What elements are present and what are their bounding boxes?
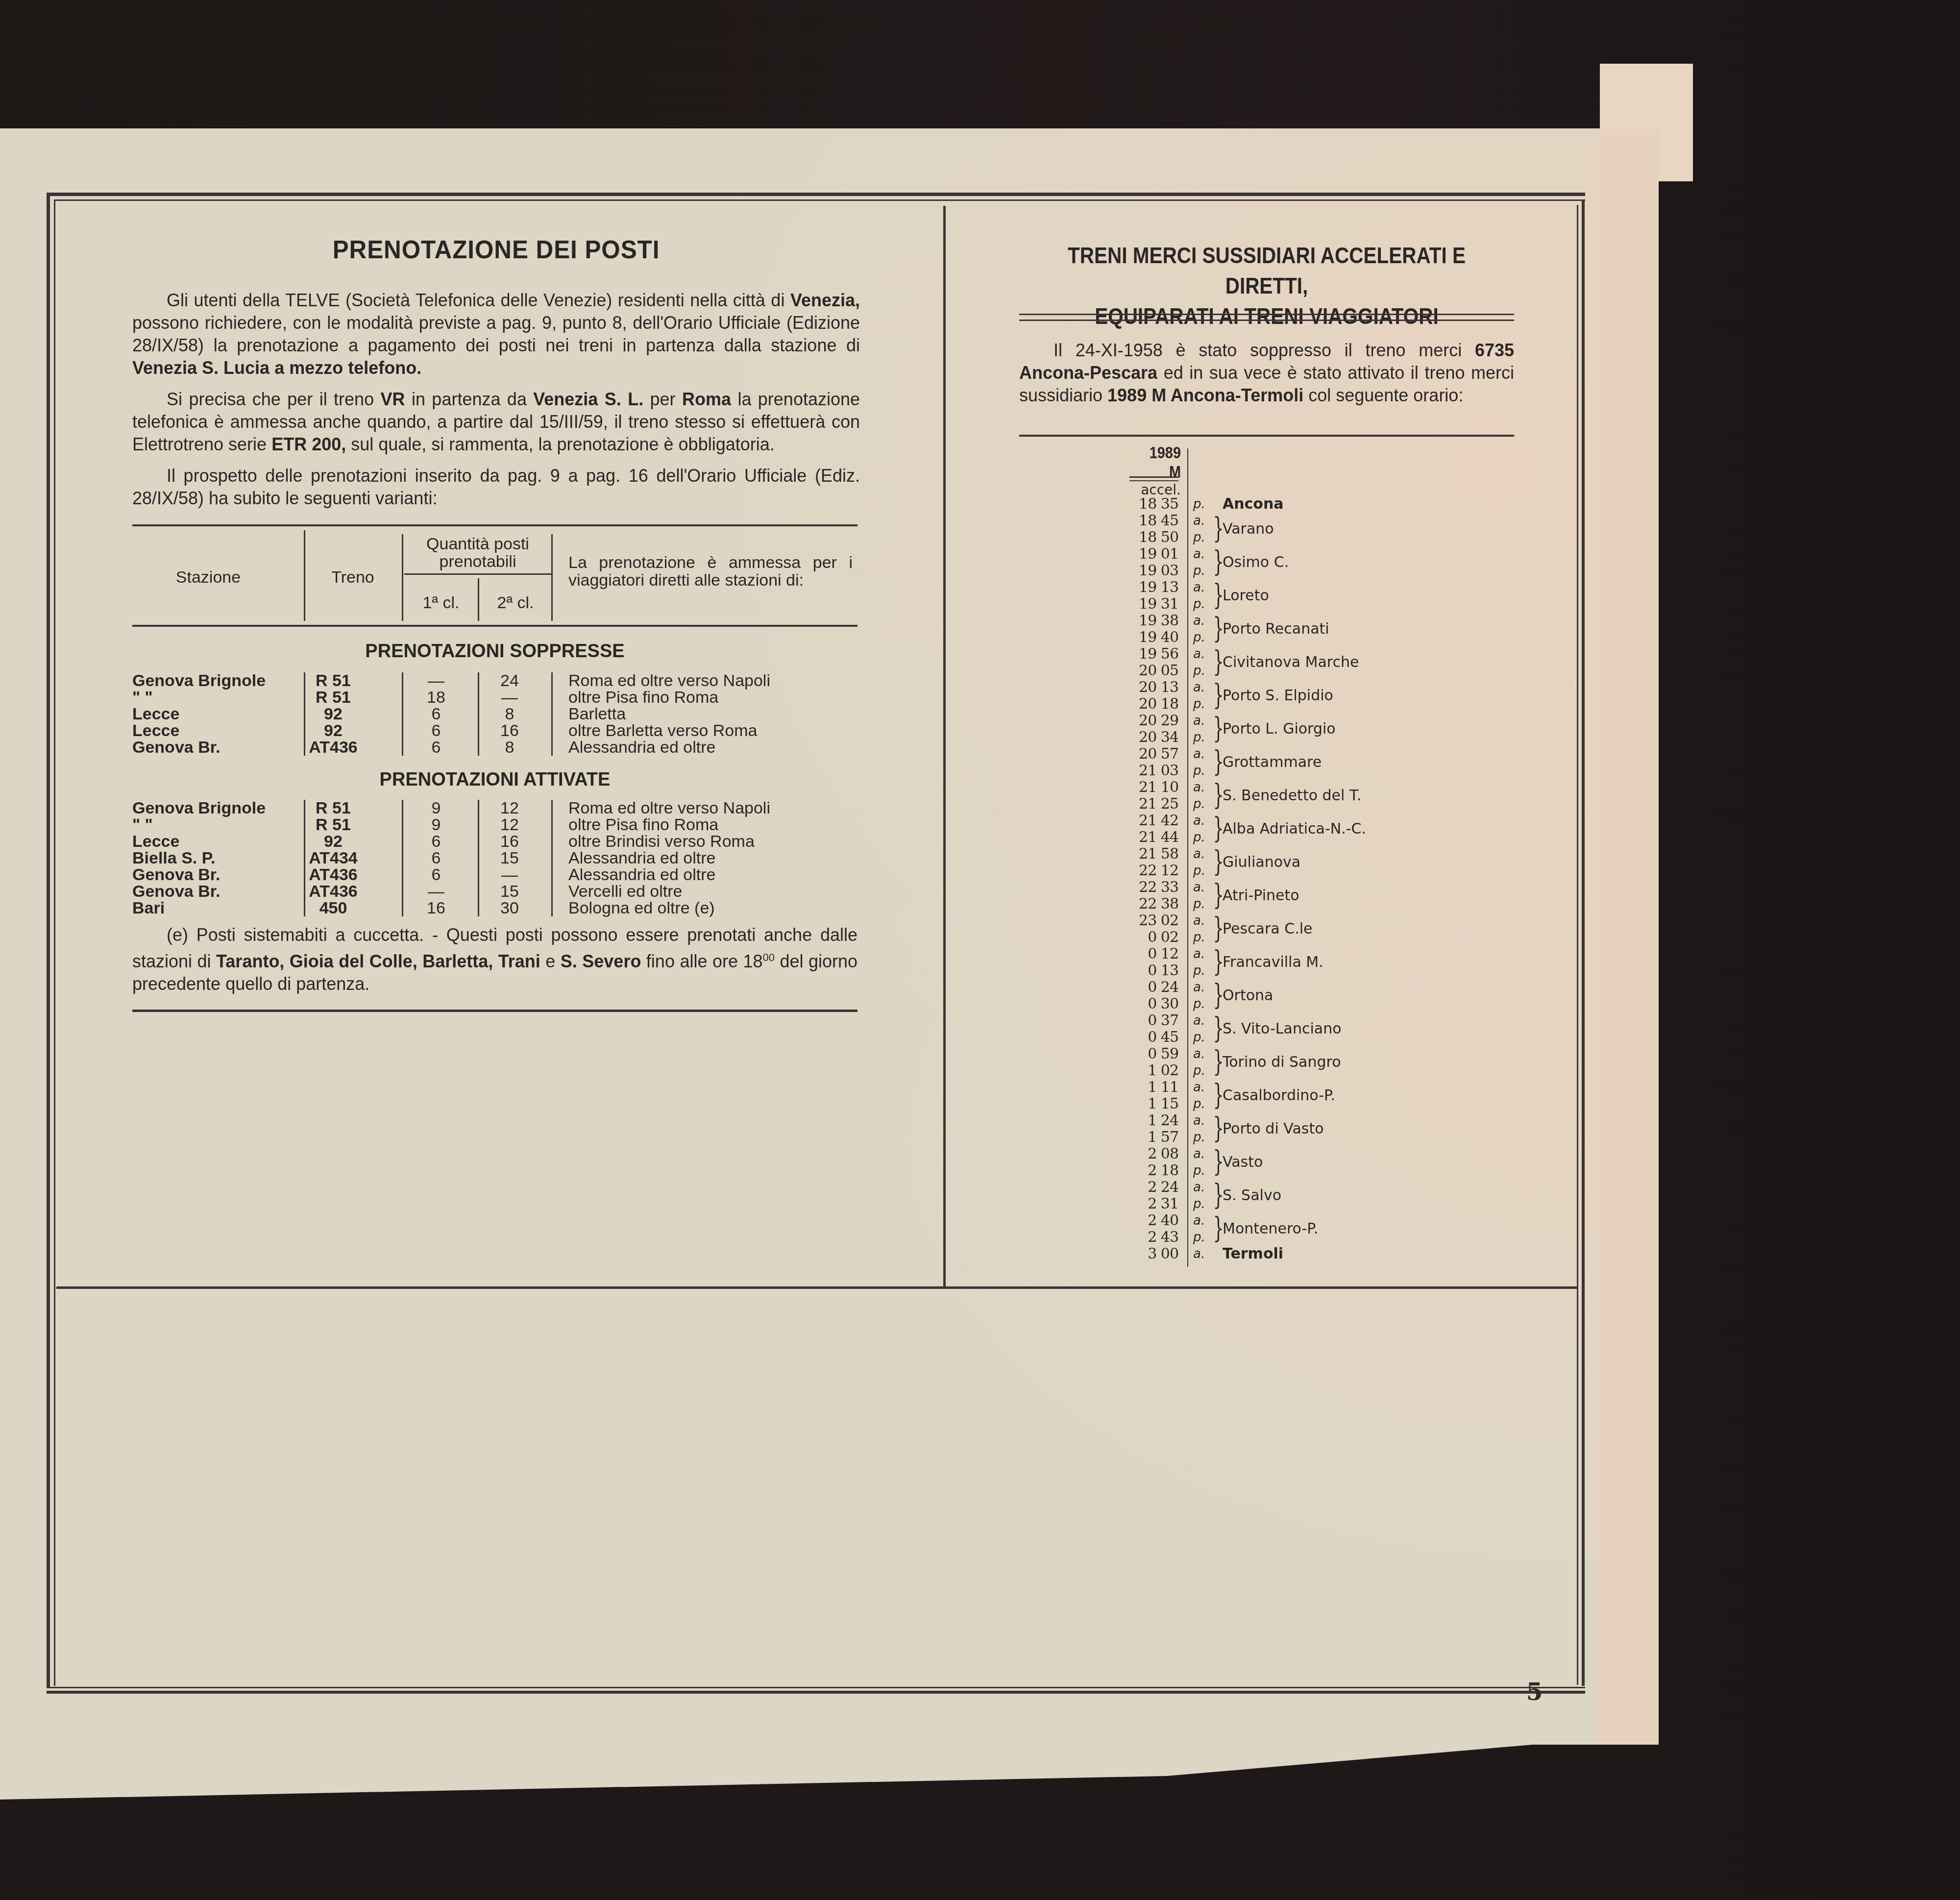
table-soppresse: Genova BrignoleR 51—24Roma ed oltre vers…: [132, 672, 857, 756]
time: 1 02: [1127, 1062, 1178, 1079]
brace-icon: }: [1213, 514, 1224, 543]
arrival-departure-mark: p.: [1193, 1096, 1205, 1112]
cell-1cl: 9: [414, 816, 458, 833]
table-vline: [402, 672, 403, 756]
table-vline: [551, 534, 553, 621]
time: 20 18: [1127, 696, 1178, 713]
table-vline: [402, 800, 403, 916]
timetable-row: 18 45a.: [1127, 513, 1470, 529]
time: 22 33: [1127, 879, 1178, 896]
time: 2 31: [1127, 1196, 1178, 1212]
timetable-row: 18 50p.: [1127, 529, 1470, 546]
text: fino alle ore 18: [641, 951, 762, 971]
station-name: Porto S. Elpidio: [1223, 688, 1333, 704]
station-name: Termoli: [1223, 1246, 1283, 1262]
station-name: Casalbordino-P.: [1223, 1087, 1335, 1104]
time: 2 08: [1127, 1146, 1178, 1162]
column-header-treno: Treno: [314, 568, 392, 586]
brace-icon: }: [1213, 547, 1224, 576]
time: 21 42: [1127, 813, 1178, 829]
cell-treno: 92: [309, 833, 358, 850]
table-row: Bari4501630Bologna ed oltre (e): [132, 900, 857, 916]
brace-icon: }: [1213, 1047, 1224, 1076]
cell-treno: AT434: [309, 850, 358, 866]
cell-stazione: Biella S. P.: [132, 850, 215, 866]
footnote: (e) Posti sistemabiti a cuccetta. - Ques…: [132, 924, 857, 995]
brace-icon: }: [1213, 680, 1224, 710]
page-number: 5: [1526, 1678, 1543, 1706]
cell-1cl: —: [414, 883, 458, 900]
station-name: Vasto: [1223, 1154, 1263, 1171]
cell-2cl: 30: [488, 900, 532, 916]
arrival-departure-mark: p.: [1193, 1029, 1205, 1046]
time: 21 25: [1127, 796, 1178, 813]
cell-1cl: —: [414, 672, 458, 689]
frame-right-rule: [1582, 201, 1585, 1686]
station-name: Ortona: [1223, 987, 1273, 1004]
right-title-line1: TRENI MERCI SUSSIDIARI ACCELERATI E DIRE…: [1045, 240, 1489, 301]
cell-2cl: 15: [488, 883, 532, 900]
arrival-departure-mark: a.: [1193, 846, 1205, 863]
bold-text: S. Severo: [561, 951, 641, 971]
text: per: [643, 389, 682, 409]
arrival-departure-mark: a.: [1193, 813, 1205, 829]
cell-destinazione: Roma ed oltre verso Napoli: [568, 672, 770, 689]
station-name: Montenero-P.: [1223, 1221, 1318, 1237]
time: 1 11: [1127, 1079, 1178, 1096]
text: possono richiedere, con le modalità prev…: [132, 313, 860, 355]
brace-icon: }: [1213, 847, 1224, 876]
cell-1cl: 9: [414, 800, 458, 816]
timetable-row: 19 31p.: [1127, 596, 1470, 613]
brace-icon: }: [1213, 1180, 1224, 1209]
brace-icon: }: [1213, 714, 1224, 743]
arrival-departure-mark: a.: [1193, 1046, 1205, 1062]
cell-treno: 450: [309, 900, 358, 916]
column-header-stazione: Stazione: [152, 568, 265, 586]
arrival-departure-mark: a.: [1193, 779, 1205, 796]
text: Il 24-XI-1958 è stato soppresso il treno…: [1053, 340, 1475, 360]
timetable-row: 18 35p.: [1127, 496, 1470, 513]
table-vline: [551, 672, 553, 756]
time: 2 43: [1127, 1229, 1178, 1246]
cell-2cl: 8: [488, 739, 532, 756]
station-name: S. Vito-Lanciano: [1223, 1021, 1342, 1037]
arrival-departure-mark: p.: [1193, 962, 1205, 979]
timetable-row: 2 24a.: [1127, 1179, 1470, 1196]
bold-text: ETR 200,: [271, 434, 346, 454]
cell-treno: AT436: [309, 866, 358, 883]
schedule-header-rule: [1129, 476, 1178, 478]
frame-top-rule-thin: [54, 199, 1585, 201]
cell-1cl: 6: [414, 850, 458, 866]
frame-bottom-rule: [47, 1691, 1585, 1694]
section-title-attivate: PRENOTAZIONI ATTIVATE: [132, 769, 857, 790]
time: 20 13: [1127, 679, 1178, 696]
cell-2cl: 16: [488, 833, 532, 850]
arrival-departure-mark: p.: [1193, 763, 1205, 779]
cell-destinazione: Alessandria ed oltre: [568, 850, 716, 866]
time: 21 44: [1127, 829, 1178, 846]
cell-treno: 92: [309, 706, 358, 722]
column-header-1cl: 1ª cl.: [407, 594, 475, 612]
title-double-rule: [1019, 314, 1514, 315]
cell-2cl: 15: [488, 850, 532, 866]
time: 20 34: [1127, 729, 1178, 746]
brace-icon: }: [1213, 580, 1224, 610]
cell-2cl: 24: [488, 672, 532, 689]
column-header-quantita: Quantità posti prenotabili: [414, 535, 541, 570]
text: Il prospetto delle prenotazioni inserito…: [132, 466, 860, 508]
brace-icon: }: [1213, 947, 1224, 976]
bold-text: Venezia S. Lucia a mezzo telefono.: [132, 358, 421, 378]
time: 1 57: [1127, 1129, 1178, 1146]
text: e: [540, 951, 561, 971]
arrival-departure-mark: a.: [1193, 579, 1205, 596]
time: 0 12: [1127, 946, 1178, 962]
bold-text: 1989 M Ancona-Termoli: [1107, 385, 1303, 405]
station-name: S. Salvo: [1223, 1187, 1281, 1204]
cell-2cl: 8: [488, 706, 532, 722]
arrival-departure-mark: p.: [1193, 1229, 1205, 1246]
cell-stazione: Genova Br.: [132, 883, 220, 900]
text: Si precisa che per il treno: [167, 389, 381, 409]
time: 20 05: [1127, 663, 1178, 679]
time: 19 38: [1127, 613, 1178, 629]
arrival-departure-mark: p.: [1193, 829, 1205, 846]
arrival-departure-mark: a.: [1193, 879, 1205, 896]
station-name: S. Benedetto del T.: [1223, 788, 1361, 804]
table-vline: [402, 534, 403, 621]
arrival-departure-mark: a.: [1193, 913, 1205, 929]
table-row: " "R 5118—oltre Pisa fino Roma: [132, 689, 857, 706]
frame-top-rule: [47, 193, 1585, 196]
station-name: Porto L. Giorgio: [1223, 721, 1336, 738]
arrival-departure-mark: p.: [1193, 496, 1205, 513]
cell-destinazione: Vercelli ed oltre: [568, 883, 682, 900]
table-vline: [478, 672, 479, 756]
time: 21 03: [1127, 763, 1178, 779]
brace-icon: }: [1213, 1147, 1224, 1176]
left-column: PRENOTAZIONE DEI POSTI Gli utenti della …: [132, 235, 860, 518]
arrival-departure-mark: p.: [1193, 996, 1205, 1012]
text: col seguente orario:: [1303, 385, 1463, 405]
schedule-header-rule: [1129, 480, 1178, 481]
cell-1cl: 6: [414, 706, 458, 722]
cell-stazione: Lecce: [132, 706, 179, 722]
time: 0 30: [1127, 996, 1178, 1012]
time: 22 12: [1127, 863, 1178, 879]
column-header-destinazioni: La prenotazione è ammessa per i viaggiat…: [568, 554, 853, 589]
paragraph-prospetto: Il prospetto delle prenotazioni inserito…: [132, 465, 860, 510]
table-row: " "R 51912oltre Pisa fino Roma: [132, 816, 857, 833]
cell-treno: AT436: [309, 883, 358, 900]
section-title-soppresse: PRENOTAZIONI SOPPRESSE: [132, 641, 857, 662]
paper-right-margin: [1597, 128, 1659, 1804]
brace-icon: }: [1213, 614, 1224, 643]
arrival-departure-mark: a.: [1193, 1179, 1205, 1196]
arrival-departure-mark: p.: [1193, 1162, 1205, 1179]
paragraph-rule: [1019, 435, 1514, 437]
cell-destinazione: Alessandria ed oltre: [568, 739, 716, 756]
cell-1cl: 6: [414, 739, 458, 756]
superscript: 00: [762, 951, 774, 963]
station-name: Giulianova: [1223, 854, 1300, 871]
cell-treno: R 51: [309, 816, 358, 833]
table-header: Stazione Treno Quantità posti prenotabil…: [132, 524, 857, 627]
timetable-row: 19 13a.: [1127, 579, 1470, 596]
brace-icon: }: [1213, 780, 1224, 810]
frame-left-rule-thin: [54, 201, 55, 1686]
time: 19 03: [1127, 563, 1178, 579]
arrival-departure-mark: p.: [1193, 796, 1205, 813]
table-attivate: Genova BrignoleR 51912Roma ed oltre vers…: [132, 800, 857, 916]
section-divider: [56, 1286, 1578, 1289]
brace-icon: }: [1213, 880, 1224, 910]
station-name: Alba Adriatica-N.-C.: [1223, 821, 1366, 838]
cell-2cl: 12: [488, 816, 532, 833]
time: 19 31: [1127, 596, 1178, 613]
arrival-departure-mark: a.: [1193, 713, 1205, 729]
arrival-departure-mark: a.: [1193, 613, 1205, 629]
text: in partenza da: [405, 389, 534, 409]
title-double-rule: [1019, 320, 1514, 321]
cell-1cl: 16: [414, 900, 458, 916]
frame-left-rule: [47, 196, 50, 1688]
text: Gli utenti della TELVE (Società Telefoni…: [167, 290, 790, 310]
table-top-rule: [132, 524, 857, 526]
paragraph-merci: Il 24-XI-1958 è stato soppresso il treno…: [1019, 339, 1514, 407]
table-vline: [551, 800, 553, 916]
time: 19 40: [1127, 629, 1178, 646]
time: 2 40: [1127, 1212, 1178, 1229]
timetable-row: 3 00a.: [1127, 1246, 1470, 1262]
page-title: PRENOTAZIONE DEI POSTI: [150, 235, 842, 265]
schedule-header: 1989 M accel.: [1127, 444, 1181, 498]
arrival-departure-mark: a.: [1193, 979, 1205, 996]
cell-destinazione: Roma ed oltre verso Napoli: [568, 800, 770, 816]
cell-1cl: 6: [414, 722, 458, 739]
cell-stazione: " ": [132, 816, 153, 833]
station-name: Civitanova Marche: [1223, 654, 1359, 671]
text: sul quale, si rammenta, la prenotazione …: [346, 434, 775, 454]
timetable-row: 19 03p.: [1127, 563, 1470, 579]
time: 18 35: [1127, 496, 1178, 513]
brace-icon: }: [1213, 814, 1224, 843]
right-title-line2: EQUIPARATI AI TRENI VIAGGIATORI: [1045, 301, 1489, 331]
brace-icon: }: [1213, 980, 1224, 1010]
timetable: 18 35p.Ancona18 45a.18 50p.Varano}19 01a…: [1127, 496, 1470, 1262]
time: 0 13: [1127, 962, 1178, 979]
table-row: Biella S. P.AT434615Alessandria ed oltre: [132, 850, 857, 866]
brace-icon: }: [1213, 1113, 1224, 1143]
cell-stazione: Genova Brignole: [132, 672, 266, 689]
cell-stazione: " ": [132, 689, 153, 706]
time: 23 02: [1127, 913, 1178, 929]
cell-1cl: 6: [414, 866, 458, 883]
arrival-departure-mark: a.: [1193, 746, 1205, 763]
bold-text: Venezia,: [790, 290, 860, 310]
station-name: Porto Recanati: [1223, 621, 1329, 638]
time: 1 24: [1127, 1112, 1178, 1129]
brace-icon: }: [1213, 1013, 1224, 1043]
cell-1cl: 6: [414, 833, 458, 850]
time: 0 02: [1127, 929, 1178, 946]
cell-destinazione: oltre Brindisi verso Roma: [568, 833, 755, 850]
cell-destinazione: Barletta: [568, 706, 626, 722]
time: 19 01: [1127, 546, 1178, 563]
table-row: Lecce9268Barletta: [132, 706, 857, 722]
arrival-departure-mark: a.: [1193, 1146, 1205, 1162]
table-vline: [304, 672, 305, 756]
arrival-departure-mark: p.: [1193, 529, 1205, 546]
arrival-departure-mark: p.: [1193, 929, 1205, 946]
column-header-2cl: 2ª cl.: [481, 594, 550, 612]
paragraph-vr-train: Si precisa che per il treno VR in parten…: [132, 388, 860, 456]
table-vline: [304, 800, 305, 916]
station-name: Grottammare: [1223, 754, 1322, 771]
arrival-departure-mark: p.: [1193, 663, 1205, 679]
cell-treno: R 51: [309, 689, 358, 706]
arrival-departure-mark: a.: [1193, 679, 1205, 696]
brace-icon: }: [1213, 747, 1224, 776]
arrival-departure-mark: a.: [1193, 513, 1205, 529]
station-name: Atri-Pineto: [1223, 888, 1299, 904]
arrival-departure-mark: p.: [1193, 1129, 1205, 1146]
station-name: Ancona: [1223, 496, 1284, 513]
cell-1cl: 18: [414, 689, 458, 706]
station-name: Osimo C.: [1223, 554, 1289, 571]
table-row: Genova Br.AT4366—Alessandria ed oltre: [132, 866, 857, 883]
time: 0 45: [1127, 1029, 1178, 1046]
arrival-departure-mark: a.: [1193, 1112, 1205, 1129]
brace-icon: }: [1213, 1080, 1224, 1110]
timetable-row: 2 18p.: [1127, 1162, 1470, 1179]
cell-stazione: Lecce: [132, 722, 179, 739]
station-name: Loreto: [1223, 588, 1269, 604]
cell-destinazione: oltre Pisa fino Roma: [568, 816, 718, 833]
time: 1 15: [1127, 1096, 1178, 1112]
paragraph-telve: Gli utenti della TELVE (Società Telefoni…: [132, 289, 860, 379]
cell-stazione: Genova Br.: [132, 866, 220, 883]
table-row: Genova BrignoleR 51912Roma ed oltre vers…: [132, 800, 857, 816]
cell-treno: R 51: [309, 800, 358, 816]
right-title: TRENI MERCI SUSSIDIARI ACCELERATI E DIRE…: [1045, 240, 1489, 331]
cell-destinazione: Bologna ed oltre (e): [568, 900, 715, 916]
arrival-departure-mark: p.: [1193, 1196, 1205, 1212]
arrival-departure-mark: p.: [1193, 863, 1205, 879]
arrival-departure-mark: p.: [1193, 629, 1205, 646]
station-name: Torino di Sangro: [1223, 1054, 1341, 1071]
brace-icon: }: [1213, 913, 1224, 943]
station-name: Pescara C.le: [1223, 921, 1313, 938]
cell-destinazione: oltre Barletta verso Roma: [568, 722, 758, 739]
cell-stazione: Genova Br.: [132, 739, 220, 756]
cell-treno: AT436: [309, 739, 358, 756]
table-row: Lecce92616oltre Brindisi verso Roma: [132, 833, 857, 850]
time: 3 00: [1127, 1246, 1178, 1262]
bold-text: Venezia S. L.: [533, 389, 643, 409]
time: 2 18: [1127, 1162, 1178, 1179]
bold-text: VR: [381, 389, 405, 409]
table-vline: [304, 530, 305, 621]
frame-right-rule-thin: [1577, 205, 1578, 1685]
timetable-row: 2 08a.: [1127, 1146, 1470, 1162]
station-name: Varano: [1223, 521, 1274, 538]
column-divider: [943, 206, 946, 1289]
time: 21 10: [1127, 779, 1178, 796]
time: 19 56: [1127, 646, 1178, 663]
time: 19 13: [1127, 579, 1178, 596]
time: 0 24: [1127, 979, 1178, 996]
arrival-departure-mark: a.: [1193, 1012, 1205, 1029]
table-row: Lecce92616oltre Barletta verso Roma: [132, 722, 857, 739]
time: 2 24: [1127, 1179, 1178, 1196]
table-sub-rule: [404, 573, 551, 575]
table-vline: [478, 800, 479, 916]
arrival-departure-mark: a.: [1193, 546, 1205, 563]
table-header-bottom-rule: [132, 625, 857, 627]
timetable-row: 0 30p.: [1127, 996, 1470, 1012]
time: 0 37: [1127, 1012, 1178, 1029]
time: 21 58: [1127, 846, 1178, 863]
cell-destinazione: oltre Pisa fino Roma: [568, 689, 718, 706]
table-row: Genova BrignoleR 51—24Roma ed oltre vers…: [132, 672, 857, 689]
time: 0 59: [1127, 1046, 1178, 1062]
arrival-departure-mark: a.: [1193, 946, 1205, 962]
station-name: Francavilla M.: [1223, 954, 1323, 971]
table-row: Genova Br.AT436—15Vercelli ed oltre: [132, 883, 857, 900]
arrival-departure-mark: p.: [1193, 596, 1205, 613]
time: 22 38: [1127, 896, 1178, 913]
cell-destinazione: Alessandria ed oltre: [568, 866, 716, 883]
arrival-departure-mark: a.: [1193, 646, 1205, 663]
timetable-row: 0 24a.: [1127, 979, 1470, 996]
time: 18 45: [1127, 513, 1178, 529]
frame-bottom-rule-thin: [47, 1687, 1585, 1688]
cell-2cl: —: [488, 689, 532, 706]
bold-text: Roma: [682, 389, 731, 409]
station-name: Porto di Vasto: [1223, 1121, 1324, 1137]
bold-text: Taranto, Gioia del Colle, Barletta, Tran…: [216, 951, 540, 971]
cell-2cl: 16: [488, 722, 532, 739]
time: 20 57: [1127, 746, 1178, 763]
arrival-departure-mark: p.: [1193, 563, 1205, 579]
cell-treno: R 51: [309, 672, 358, 689]
arrival-departure-mark: a.: [1193, 1246, 1205, 1262]
timetable-row: 19 01a.: [1127, 546, 1470, 563]
arrival-departure-mark: p.: [1193, 1062, 1205, 1079]
table-vline: [478, 578, 479, 621]
left-bottom-rule: [132, 1010, 857, 1012]
cell-stazione: Bari: [132, 900, 165, 916]
time: 18 50: [1127, 529, 1178, 546]
timetable-row: 2 31p.: [1127, 1196, 1470, 1212]
brace-icon: }: [1213, 1213, 1224, 1243]
arrival-departure-mark: p.: [1193, 896, 1205, 913]
time: 20 29: [1127, 713, 1178, 729]
arrival-departure-mark: p.: [1193, 729, 1205, 746]
arrival-departure-mark: a.: [1193, 1079, 1205, 1096]
cell-2cl: —: [488, 866, 532, 883]
brace-icon: }: [1213, 647, 1224, 676]
arrival-departure-mark: a.: [1193, 1212, 1205, 1229]
arrival-departure-mark: p.: [1193, 696, 1205, 713]
cell-treno: 92: [309, 722, 358, 739]
table-row: Genova Br.AT43668Alessandria ed oltre: [132, 739, 857, 756]
cell-stazione: Genova Brignole: [132, 800, 266, 816]
cell-2cl: 12: [488, 800, 532, 816]
